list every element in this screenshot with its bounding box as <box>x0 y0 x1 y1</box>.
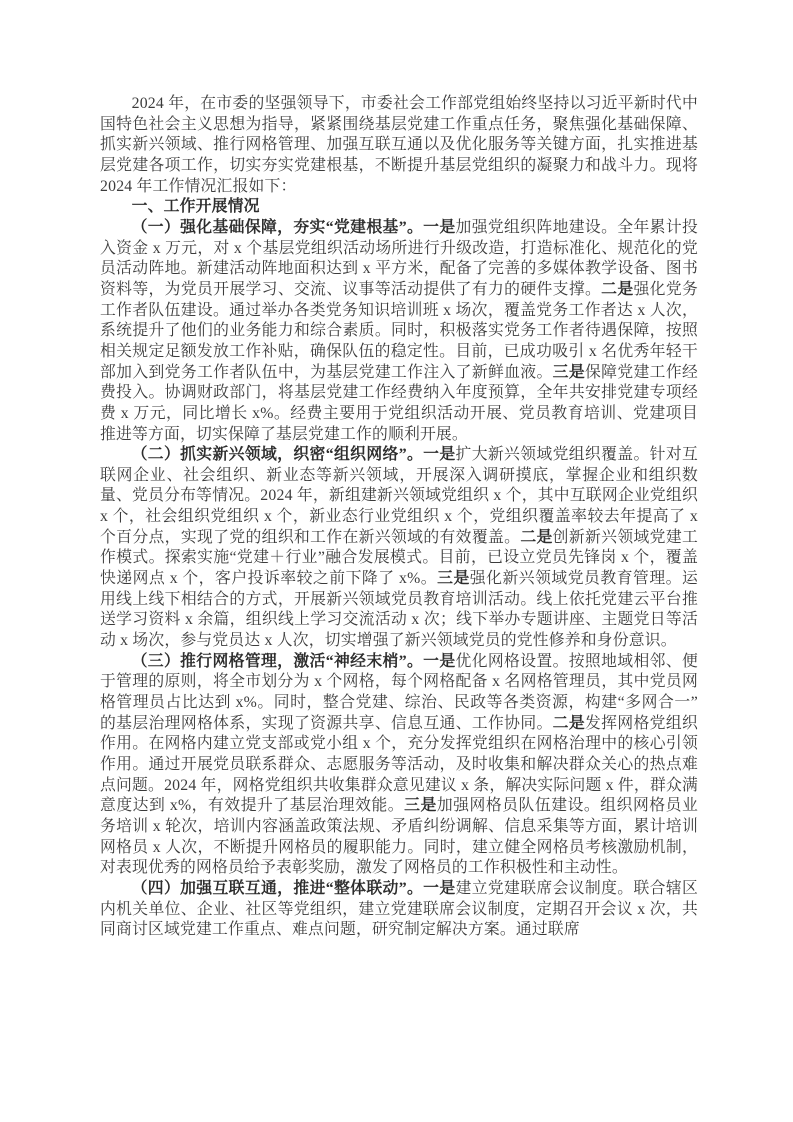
text-run-bold: 二是 <box>520 529 552 546</box>
text-run-bold: （二）抓实新兴领域，织密“组织网络”。一是 <box>132 446 456 463</box>
text-run-bold: （四）加强互联互通，推进“整体联动”。一是 <box>132 880 456 897</box>
text-run-bold: 一、工作开展情况 <box>132 198 260 215</box>
text-run-bold: 三是 <box>437 570 470 587</box>
text-run-bold: 二是 <box>553 715 585 732</box>
section-heading: 一、工作开展情况 <box>100 197 698 218</box>
paragraph: （二）抓实新兴领域，织密“组织网络”。一是扩大新兴领域党组织覆盖。针对互联网企业… <box>100 445 698 652</box>
document-body: 2024 年，在市委的坚强领导下，市委社会工作部党组始终坚持以习近平新时代中国特… <box>100 94 698 941</box>
text-run-bold: 二是 <box>601 281 633 298</box>
paragraph: （四）加强互联互通，推进“整体联动”。一是建立党建联席会议制度。联合辖区内机关单… <box>100 879 698 941</box>
text-run-bold: 三是 <box>553 364 585 381</box>
paragraph: 2024 年，在市委的坚强领导下，市委社会工作部党组始终坚持以习近平新时代中国特… <box>100 94 698 197</box>
paragraph: （三）推行网格管理，激活“神经末梢”。一是优化网格设置。按照地域相邻、便于管理的… <box>100 652 698 879</box>
paragraph: （一）强化基础保障，夯实“党建根基”。一是加强党组织阵地建设。全年累计投入资金 … <box>100 218 698 445</box>
text-run: 2024 年，在市委的坚强领导下，市委社会工作部党组始终坚持以习近平新时代中国特… <box>100 95 698 195</box>
text-run-bold: （三）推行网格管理，激活“神经末梢”。一是 <box>132 653 456 670</box>
text-run-bold: 三是 <box>404 797 437 814</box>
text-run-bold: （一）强化基础保障，夯实“党建根基”。一是 <box>132 219 456 236</box>
document-page: 2024 年，在市委的坚强领导下，市委社会工作部党组始终坚持以习近平新时代中国特… <box>0 0 793 1122</box>
